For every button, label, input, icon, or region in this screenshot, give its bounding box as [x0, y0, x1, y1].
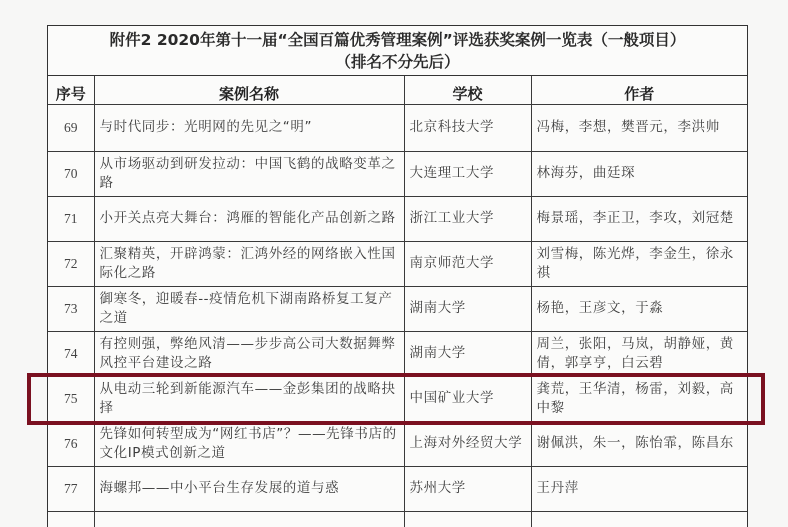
- cell-authors: 王丹萍: [531, 466, 747, 511]
- header-name: 案例名称: [94, 76, 404, 104]
- cell-school: 湖南大学: [404, 286, 531, 331]
- cell-seq: 71: [48, 196, 94, 241]
- table-row: 72 汇聚精英，开辟鸿蒙：汇鸿外经的网络嵌入性国际化之路 南京师范大学 刘雪梅，…: [48, 241, 747, 286]
- table-header-row: 序号 案例名称 学校 作者: [48, 76, 747, 104]
- cell-school: 湖南大学: [404, 331, 531, 376]
- cell-seq: 72: [48, 241, 94, 286]
- table-row: 76 先锋如何转型成为“网红书店”？——先锋书店的文化IP模式创新之道 上海对外…: [48, 421, 747, 466]
- cell-authors: 周兰，张阳，马岚，胡静娅，黄倩，郭享亨，白云碧: [531, 331, 747, 376]
- cell-authors: 龚荒，王华清，杨雷，刘毅，高中黎: [531, 376, 747, 421]
- cell-school: 苏州大学: [404, 466, 531, 511]
- cell-authors: 林海芬，曲廷琛: [531, 151, 747, 196]
- cell-name: 先锋如何转型成为“网红书店”？——先锋书店的文化IP模式创新之道: [94, 421, 404, 466]
- document-title: 附件2 2020年第十一届“全国百篇优秀管理案例”评选获奖案例一览表（一般项目）…: [48, 26, 747, 76]
- cell-seq: 75: [48, 376, 94, 421]
- header-authors: 作者: [531, 76, 747, 104]
- cell-name: 从市场驱动到研发拉动：中国飞鹤的战略变革之路: [94, 151, 404, 196]
- cell-authors: 梅景瑶，李正卫，李攻，刘冠楚: [531, 196, 747, 241]
- cell-authors: 谢佩洪，朱一，陈怡霏，陈昌东: [531, 421, 747, 466]
- cell-authors: 冯梅，李想，樊晋元，李洪帅: [531, 104, 747, 151]
- header-school: 学校: [404, 76, 531, 104]
- cell-school: 北京科技大学: [404, 104, 531, 151]
- table-row-partial: [48, 511, 747, 527]
- cell-authors: 刘雪梅，陈光烨，李金生，徐永祺: [531, 241, 747, 286]
- cell-seq: 74: [48, 331, 94, 376]
- cell-seq: 73: [48, 286, 94, 331]
- award-cases-table: 序号 案例名称 学校 作者 69 与时代同步：光明网的先见之“明” 北京科技大学…: [48, 76, 747, 527]
- cell-name: 海螺邦——中小平台生存发展的道与惑: [94, 466, 404, 511]
- cell-name: 小开关点亮大舞台：鸿雁的智能化产品创新之路: [94, 196, 404, 241]
- cell-authors: [531, 511, 747, 527]
- title-line-1: 附件2 2020年第十一届“全国百篇优秀管理案例”评选获奖案例一览表（一般项目）: [48, 29, 747, 51]
- cell-seq: 70: [48, 151, 94, 196]
- cell-school: 南京师范大学: [404, 241, 531, 286]
- document-page: 附件2 2020年第十一届“全国百篇优秀管理案例”评选获奖案例一览表（一般项目）…: [47, 25, 748, 527]
- cell-name: 与时代同步：光明网的先见之“明”: [94, 104, 404, 151]
- table-row: 73 御寒冬，迎暖春--疫情危机下湖南路桥复工复产之道 湖南大学 杨艳，王彦文，…: [48, 286, 747, 331]
- table-row-highlighted: 75 从电动三轮到新能源汽车——金彭集团的战略抉择 中国矿业大学 龚荒，王华清，…: [48, 376, 747, 421]
- table-row: 69 与时代同步：光明网的先见之“明” 北京科技大学 冯梅，李想，樊晋元，李洪帅: [48, 104, 747, 151]
- table-row: 71 小开关点亮大舞台：鸿雁的智能化产品创新之路 浙江工业大学 梅景瑶，李正卫，…: [48, 196, 747, 241]
- cell-name: 汇聚精英，开辟鸿蒙：汇鸿外经的网络嵌入性国际化之路: [94, 241, 404, 286]
- cell-seq: [48, 511, 94, 527]
- cell-seq: 69: [48, 104, 94, 151]
- cell-school: [404, 511, 531, 527]
- cell-school: 上海对外经贸大学: [404, 421, 531, 466]
- cell-name: 从电动三轮到新能源汽车——金彭集团的战略抉择: [94, 376, 404, 421]
- title-line-2: （排名不分先后）: [48, 51, 747, 73]
- cell-seq: 77: [48, 466, 94, 511]
- cell-school: 中国矿业大学: [404, 376, 531, 421]
- header-seq: 序号: [48, 76, 94, 104]
- cell-seq: 76: [48, 421, 94, 466]
- cell-authors: 杨艳，王彦文，于淼: [531, 286, 747, 331]
- cell-name: [94, 511, 404, 527]
- cell-name: 有控则强，弊绝风清——步步高公司大数据舞弊风控平台建设之路: [94, 331, 404, 376]
- cell-name: 御寒冬，迎暖春--疫情危机下湖南路桥复工复产之道: [94, 286, 404, 331]
- table-row: 74 有控则强，弊绝风清——步步高公司大数据舞弊风控平台建设之路 湖南大学 周兰…: [48, 331, 747, 376]
- table-row: 77 海螺邦——中小平台生存发展的道与惑 苏州大学 王丹萍: [48, 466, 747, 511]
- table-row: 70 从市场驱动到研发拉动：中国飞鹤的战略变革之路 大连理工大学 林海芬，曲廷琛: [48, 151, 747, 196]
- cell-school: 大连理工大学: [404, 151, 531, 196]
- cell-school: 浙江工业大学: [404, 196, 531, 241]
